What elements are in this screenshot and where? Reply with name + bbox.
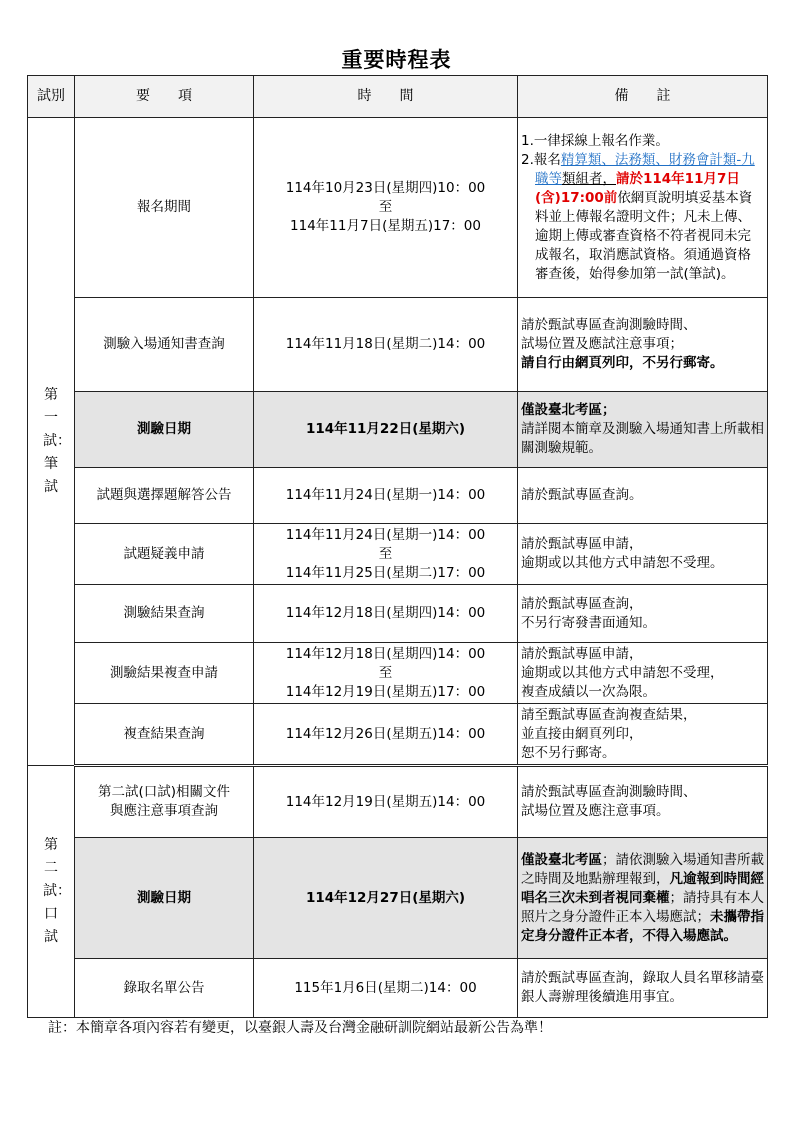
note-cell: 1.一律採線上報名作業。 2.報名精算類、法務類、財務會計類-九職等類組者，請於… [518, 118, 768, 298]
note-cell: 請於甄試專區申請， 逾期或以其他方式申請恕不受理， 複查成績以一次為限。 [518, 643, 768, 704]
item-cell: 錄取名單公告 [75, 959, 254, 1018]
time-cell: 114年11月18日(星期二)14：00 [254, 298, 518, 392]
note-cell: 請於甄試專區查詢，錄取人員名單移請臺銀人壽辦理後續進用事宜。 [518, 959, 768, 1018]
note-cell: 請於甄試專區查詢。 [518, 468, 768, 524]
time-cell: 114年12月18日(星期四)14：00 至 114年12月19日(星期五)17… [254, 643, 518, 704]
time-cell: 114年12月18日(星期四)14：00 [254, 585, 518, 643]
table-row-highlight: 測驗日期 114年12月27日(星期六) 僅設臺北考區；請依測驗入場通知書所載之… [28, 838, 768, 959]
item-cell: 測驗日期 [75, 392, 254, 468]
table-row: 試題疑義申請 114年11月24日(星期一)14：00 至 114年11月25日… [28, 524, 768, 585]
item-cell: 測驗入場通知書查詢 [75, 298, 254, 392]
note-cell: 請於甄試專區申請， 逾期或以其他方式申請恕不受理。 [518, 524, 768, 585]
header-time: 時 間 [254, 76, 518, 118]
item-cell: 測驗結果查詢 [75, 585, 254, 643]
note-cell: 請至甄試專區查詢複查結果， 並直接由網頁列印， 恕不另行郵寄。 [518, 704, 768, 766]
exam-type-written: 第一試：筆試 [28, 118, 75, 766]
footnote: 註：本簡章各項內容若有變更，以臺銀人壽及台灣金融研訓院網站最新公告為準！ [48, 1017, 552, 1037]
note-cell: 請於甄試專區查詢測驗時間、 試場位置及應試注意事項； 請自行由網頁列印，不另行郵… [518, 298, 768, 392]
header-exam-type: 試別 [28, 76, 75, 118]
header-note: 備 註 [518, 76, 768, 118]
table-row: 測驗結果查詢 114年12月18日(星期四)14：00 請於甄試專區查詢， 不另… [28, 585, 768, 643]
time-cell: 114年12月26日(星期五)14：00 [254, 704, 518, 766]
header-item: 要 項 [75, 76, 254, 118]
time-cell: 114年11月24日(星期一)14：00 [254, 468, 518, 524]
item-cell: 測驗結果複查申請 [75, 643, 254, 704]
exam-type-label: 第二試：口試 [43, 834, 59, 949]
table-header-row: 試別 要 項 時 間 備 註 [28, 76, 768, 118]
time-cell: 114年11月22日(星期六) [254, 392, 518, 468]
time-cell: 115年1月6日(星期二)14：00 [254, 959, 518, 1018]
item-cell: 試題疑義申請 [75, 524, 254, 585]
note-cell: 請於甄試專區查詢， 不另行寄發書面通知。 [518, 585, 768, 643]
exam-type-oral: 第二試：口試 [28, 766, 75, 1018]
time-cell: 114年12月19日(星期五)14：00 [254, 766, 518, 838]
item-cell: 試題與選擇題解答公告 [75, 468, 254, 524]
table-row: 測驗入場通知書查詢 114年11月18日(星期二)14：00 請於甄試專區查詢測… [28, 298, 768, 392]
time-cell: 114年11月24日(星期一)14：00 至 114年11月25日(星期二)17… [254, 524, 518, 585]
page-title: 重要時程表 [0, 44, 793, 74]
time-cell: 114年12月27日(星期六) [254, 838, 518, 959]
table-row: 複查結果查詢 114年12月26日(星期五)14：00 請至甄試專區查詢複查結果… [28, 704, 768, 766]
exam-type-label: 第一試：筆試 [43, 384, 59, 499]
item-cell: 報名期間 [75, 118, 254, 298]
note-cell: 僅設臺北考區； 請詳閱本簡章及測驗入場通知書上所載相關測驗規範。 [518, 392, 768, 468]
table-row-highlight: 測驗日期 114年11月22日(星期六) 僅設臺北考區； 請詳閱本簡章及測驗入場… [28, 392, 768, 468]
schedule-table: 試別 要 項 時 間 備 註 第一試：筆試 報名期間 114年10月23日(星期… [27, 75, 768, 1018]
item-cell: 測驗日期 [75, 838, 254, 959]
item-cell: 第二試(口試)相關文件 與應注意事項查詢 [75, 766, 254, 838]
time-cell: 114年10月23日(星期四)10：00 至 114年11月7日(星期五)17：… [254, 118, 518, 298]
note-cell: 僅設臺北考區；請依測驗入場通知書所載之時間及地點辦理報到，凡逾報到時間經唱名三次… [518, 838, 768, 959]
table-row: 試題與選擇題解答公告 114年11月24日(星期一)14：00 請於甄試專區查詢… [28, 468, 768, 524]
table-row: 錄取名單公告 115年1月6日(星期二)14：00 請於甄試專區查詢，錄取人員名… [28, 959, 768, 1018]
table-row: 第一試：筆試 報名期間 114年10月23日(星期四)10：00 至 114年1… [28, 118, 768, 298]
note-cell: 請於甄試專區查詢測驗時間、 試場位置及應注意事項。 [518, 766, 768, 838]
table-row: 測驗結果複查申請 114年12月18日(星期四)14：00 至 114年12月1… [28, 643, 768, 704]
table-row: 第二試：口試 第二試(口試)相關文件 與應注意事項查詢 114年12月19日(星… [28, 766, 768, 838]
item-cell: 複查結果查詢 [75, 704, 254, 766]
